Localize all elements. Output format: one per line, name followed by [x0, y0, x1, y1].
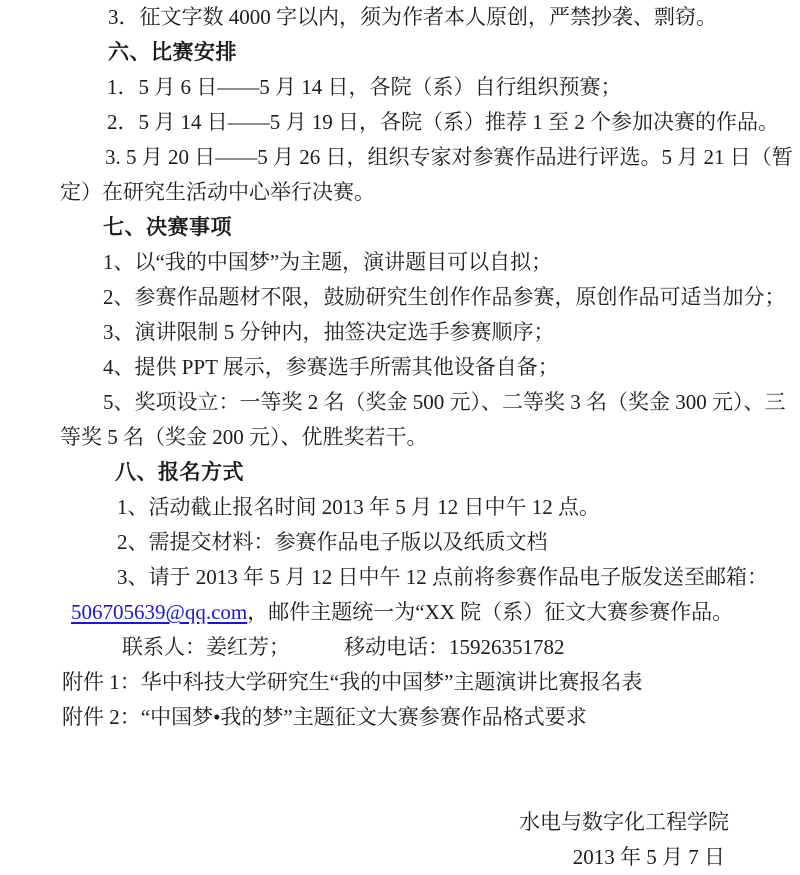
document-page: 3．征文字数 4000 字以内，须为作者本人原创，严禁抄袭、剽窃。 六、比赛安排… [0, 0, 800, 875]
list-item-expert-review-continued: 定）在研究生活动中心举行决赛。 [60, 175, 740, 210]
list-item-prizes: 5、奖项设立：一等奖 2 名（奖金 500 元）、二等奖 3 名（奖金 300 … [60, 385, 740, 420]
list-item-essay-wordcount: 3．征文字数 4000 字以内，须为作者本人原创，严禁抄袭、剽窃。 [60, 0, 740, 35]
signature-date: 2013 年 5 月 7 日 [60, 840, 740, 875]
list-item-materials: 2、需提交材料：参赛作品电子版以及纸质文档 [60, 525, 740, 560]
contact-line: 联系人：姜红芳；移动电话：15926351782 [60, 630, 740, 665]
list-item-recommend-works: 2．5 月 14 日——5 月 19 日，各院（系）推荐 1 至 2 个参加决赛… [60, 105, 740, 140]
email-link[interactable]: 506705639@qq.com [71, 600, 247, 624]
list-item-subject-free: 2、参赛作品题材不限，鼓励研究生创作作品参赛，原创作品可适当加分； [60, 280, 740, 315]
list-item-ppt-equipment: 4、提供 PPT 展示，参赛选手所需其他设备自备； [60, 350, 740, 385]
list-item-prelim-round: 1．5 月 6 日——5 月 14 日，各院（系）自行组织预赛； [60, 70, 740, 105]
blank-space [60, 735, 740, 805]
contact-phone: 移动电话：15926351782 [344, 635, 565, 659]
section-heading-6-schedule: 六、比赛安排 [60, 35, 740, 70]
list-item-time-limit: 3、演讲限制 5 分钟内，抽签决定选手参赛顺序； [60, 315, 740, 350]
section-heading-8-registration: 八、报名方式 [60, 455, 740, 490]
signature-organization: 水电与数字化工程学院 [60, 805, 740, 840]
email-line: 506705639@qq.com，邮件主题统一为“XX 院（系）征文大赛参赛作品… [60, 595, 740, 630]
list-item-prizes-continued: 等奖 5 名（奖金 200 元）、优胜奖若干。 [60, 420, 740, 455]
email-line-after-text: ，邮件主题统一为“XX 院（系）征文大赛参赛作品。 [247, 600, 733, 624]
section-heading-7-final-notes: 七、决赛事项 [60, 210, 740, 245]
list-item-theme: 1、以“我的中国梦”为主题，演讲题目可以自拟； [60, 245, 740, 280]
list-item-expert-review: 3. 5 月 20 日——5 月 26 日，组织专家对参赛作品进行评选。5 月 … [60, 140, 740, 175]
attachment-2-line: 附件 2：“中国梦•我的梦”主题征文大赛参赛作品格式要求 [60, 700, 740, 735]
attachment-1-line: 附件 1：华中科技大学研究生“我的中国梦”主题演讲比赛报名表 [60, 665, 740, 700]
list-item-send-to-mailbox: 3、请于 2013 年 5 月 12 日中午 12 点前将参赛作品电子版发送至邮… [60, 560, 740, 595]
contact-person: 联系人：姜红芳； [122, 635, 290, 659]
list-item-deadline: 1、活动截止报名时间 2013 年 5 月 12 日中午 12 点。 [60, 490, 740, 525]
